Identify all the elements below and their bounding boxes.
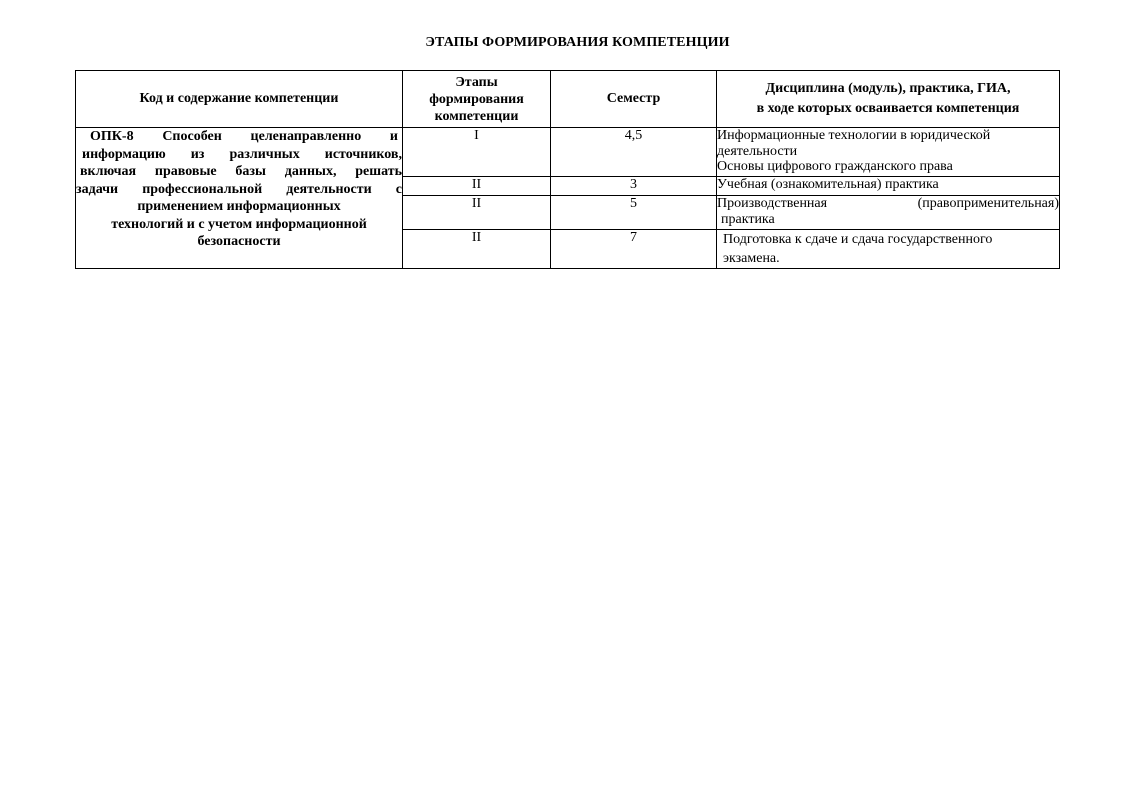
- header-stages-line3: компетенции: [403, 108, 550, 125]
- discipline-item: экзамена.: [717, 249, 1059, 268]
- semester-cell: 7: [551, 230, 717, 269]
- header-semester: Семестр: [551, 71, 717, 128]
- header-discipline: Дисциплина (модуль), практика, ГИА, в хо…: [717, 71, 1060, 128]
- discipline-item: Основы цифрового гражданского права: [717, 159, 1059, 175]
- competence-line: технологий и с учетом информационной: [76, 216, 402, 234]
- header-discipline-line2: в ходе которых осваивается компетенция: [717, 99, 1059, 119]
- header-stages-line1: Этапы: [403, 74, 550, 91]
- competence-description: ОПК-8 Способен целенаправленно и информа…: [76, 128, 403, 269]
- stage-cell: II: [403, 177, 551, 196]
- stage-cell: II: [403, 196, 551, 230]
- stage-cell: I: [403, 128, 551, 177]
- competence-line: задачи профессиональной деятельности с: [76, 181, 402, 199]
- discipline-item: Подготовка к сдаче и сдача государственн…: [717, 230, 1059, 249]
- semester-cell: 5: [551, 196, 717, 230]
- discipline-item: Производственная (правоприменительная): [717, 196, 1059, 212]
- competence-stages-table: Код и содержание компетенции Этапы форми…: [75, 70, 1060, 269]
- competence-line: применением информационных: [76, 198, 402, 216]
- discipline-cell: Учебная (ознакомительная) практика: [717, 177, 1060, 196]
- header-stages-line2: формирования: [403, 91, 550, 108]
- document-title: ЭТАПЫ ФОРМИРОВАНИЯ КОМПЕТЕНЦИИ: [0, 35, 1123, 51]
- header-discipline-line1: Дисциплина (модуль), практика, ГИА,: [717, 79, 1059, 99]
- competence-line: информацию из различных источников,: [76, 146, 402, 164]
- stage-cell: II: [403, 230, 551, 269]
- competence-line: безопасности: [76, 233, 402, 251]
- header-stages: Этапы формирования компетенции: [403, 71, 551, 128]
- competence-line: ОПК-8 Способен целенаправленно и: [76, 128, 402, 146]
- discipline-item: Информационные технологии в юридической: [717, 128, 1059, 144]
- discipline-item: Учебная (ознакомительная) практика: [717, 177, 1059, 193]
- discipline-cell: Информационные технологии в юридической …: [717, 128, 1060, 177]
- discipline-item: деятельности: [717, 144, 1059, 160]
- discipline-cell: Производственная (правоприменительная) п…: [717, 196, 1060, 230]
- competence-line: включая правовые базы данных, решать: [76, 163, 402, 181]
- discipline-item: практика: [717, 212, 1059, 228]
- semester-cell: 4,5: [551, 128, 717, 177]
- semester-cell: 3: [551, 177, 717, 196]
- table-row: ОПК-8 Способен целенаправленно и информа…: [76, 128, 1060, 177]
- header-code: Код и содержание компетенции: [76, 71, 403, 128]
- discipline-cell: Подготовка к сдаче и сдача государственн…: [717, 230, 1060, 269]
- table-header-row: Код и содержание компетенции Этапы форми…: [76, 71, 1060, 128]
